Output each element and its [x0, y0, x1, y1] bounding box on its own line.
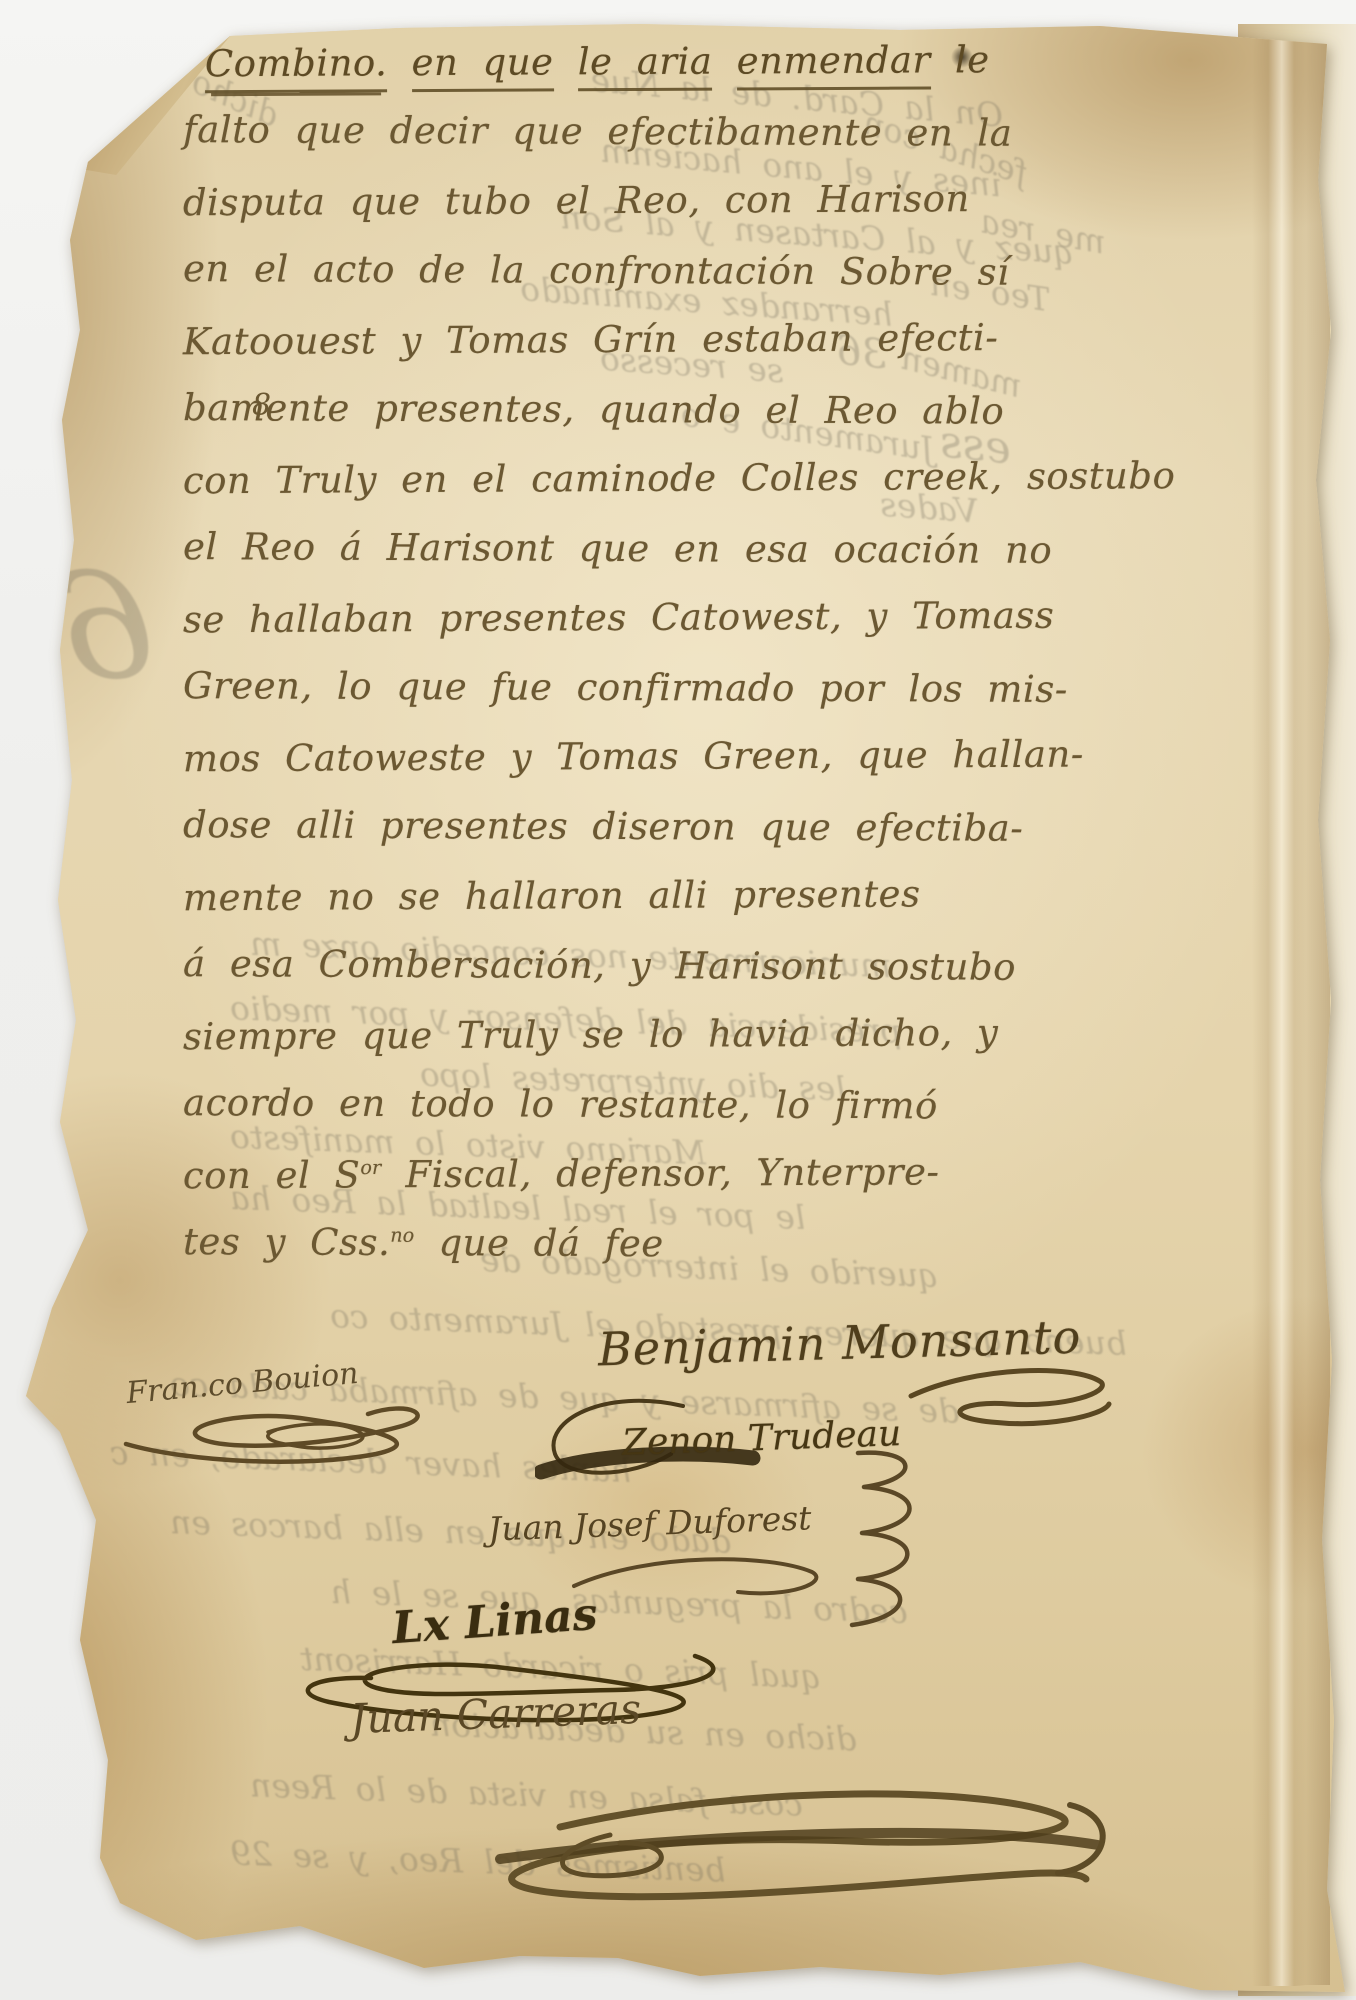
manuscript-word: Green, lo que fue confirmado por los mis… — [183, 664, 1068, 711]
manuscript-line-7: con Truly en el caminode Colles creek, s… — [183, 455, 1063, 529]
manuscript-word: con Truly en el caminode Colles creek, s… — [183, 454, 1176, 502]
manuscript-line-8: el Reo á Harisont que en esa ocación no — [183, 525, 1063, 598]
manuscript-line-3: disputa que tubo el Reo, con Harison — [183, 177, 1063, 251]
manuscript-word: Katoouest y Tomas Grín estaban efecti- — [183, 316, 999, 363]
manuscript-word: mos Catoweste y Tomas Green, que hallan- — [183, 733, 1084, 781]
manuscript-word: acordo en todo lo restante, lo firmó — [183, 1081, 938, 1127]
manuscript-word — [712, 39, 736, 82]
manuscript-word: mente no se hallaron alli presentes — [183, 872, 921, 919]
manuscript-line-5: Katoouest y Tomas Grín estaban efecti- — [183, 316, 1063, 390]
manuscript-word: no — [390, 1223, 414, 1246]
manuscript-lines: Combino. en que le aria enmendar lefalto… — [183, 40, 1063, 1291]
manuscript-line-18: tes y Css.no que dá fee — [183, 1220, 1063, 1293]
manuscript-word: tes y Css. — [183, 1220, 390, 1264]
manuscript-line-13: mente no se hallaron alli presentes — [183, 872, 1063, 946]
manuscript-word: que dá fee — [414, 1221, 664, 1265]
manuscript-word: disputa que tubo el Reo, con Harison — [183, 177, 970, 224]
manuscript-word: en que — [411, 40, 553, 92]
signature-flourish-duforest-underline — [560, 1542, 840, 1612]
bottom-rubric-flourish — [430, 1775, 1120, 1930]
manuscript-paper: dicho dOn la Card. de la Nueines y el an… — [0, 0, 1356, 2000]
manuscript-word: le aria — [578, 40, 713, 92]
manuscript-word: enmendar — [737, 38, 931, 90]
bleed-through-text: 6 — [49, 535, 162, 718]
manuscript-line-10: Green, lo que fue confirmado por los mis… — [183, 664, 1063, 737]
manuscript-word: el Reo á Harisont que en esa ocación no — [183, 525, 1052, 572]
manuscript-line-9: se hallaban presentes Catowest, y Tomass — [183, 594, 1063, 668]
manuscript-word: le — [931, 38, 990, 81]
manuscript-word: con el S — [183, 1153, 361, 1197]
signature-flourish-monsanto — [905, 1358, 1115, 1438]
page-number: 127 — [84, 21, 172, 75]
manuscript-word: falto que decir que efectibamente en la — [183, 108, 1012, 155]
manuscript-line-2: falto que decir que efectibamente en la — [183, 108, 1063, 181]
manuscript-word: Combino. — [205, 41, 388, 93]
manuscript-word — [387, 41, 411, 84]
manuscript-line-15: siempre que Truly se lo havia dicho, y — [183, 1011, 1063, 1085]
manuscript-word: Fiscal, defensor, Ynterpre- — [381, 1150, 939, 1196]
manuscript-line-1: Combino. en que le aria enmendar le — [205, 38, 1063, 112]
manuscript-word: bamente presentes, quando el Reo ablo — [183, 386, 1004, 433]
manuscript-word — [553, 40, 577, 83]
manuscript-line-14: á esa Combersación, y Harisont sostubo — [183, 942, 1063, 1015]
interline-correction-mark: 8 — [252, 388, 271, 423]
manuscript-line-6: bamente presentes, quando el Reo ablo — [183, 386, 1063, 459]
manuscript-word: á esa Combersación, y Harisont sostubo — [183, 942, 1016, 989]
page-number-stroke — [65, 30, 92, 79]
paper-wrap: dicho dOn la Card. de la Nueines y el an… — [0, 0, 1356, 2000]
manuscript-word: or — [360, 1156, 381, 1179]
manuscript-line-11: mos Catoweste y Tomas Green, que hallan- — [183, 733, 1063, 807]
manuscript-word: en el acto de la confrontación Sobre sí — [183, 247, 1009, 294]
manuscript-word: dose alli presentes diseron que efectiba… — [183, 803, 1023, 850]
scanned-manuscript-page: dicho dOn la Card. de la Nueines y el an… — [0, 0, 1356, 2000]
manuscript-word: se hallaban presentes Catowest, y Tomass — [183, 594, 1055, 642]
signature-name: Juan Carreras — [349, 1685, 642, 1743]
signature-juan-carreras: Juan Carreras — [349, 1685, 642, 1743]
manuscript-line-17: con el Sor Fiscal, defensor, Ynterpre- — [183, 1150, 1063, 1224]
signature-flourish-duforest-zigzag — [800, 1445, 950, 1640]
manuscript-line-12: dose alli presentes diseron que efectiba… — [183, 803, 1063, 876]
manuscript-line-4: en el acto de la confrontación Sobre sí — [183, 247, 1063, 320]
signature-flourish-bouion — [118, 1398, 448, 1488]
manuscript-word: siempre que Truly se lo havia dicho, y — [183, 1011, 999, 1058]
manuscript-line-16: acordo en todo lo restante, lo firmó — [183, 1081, 1063, 1154]
